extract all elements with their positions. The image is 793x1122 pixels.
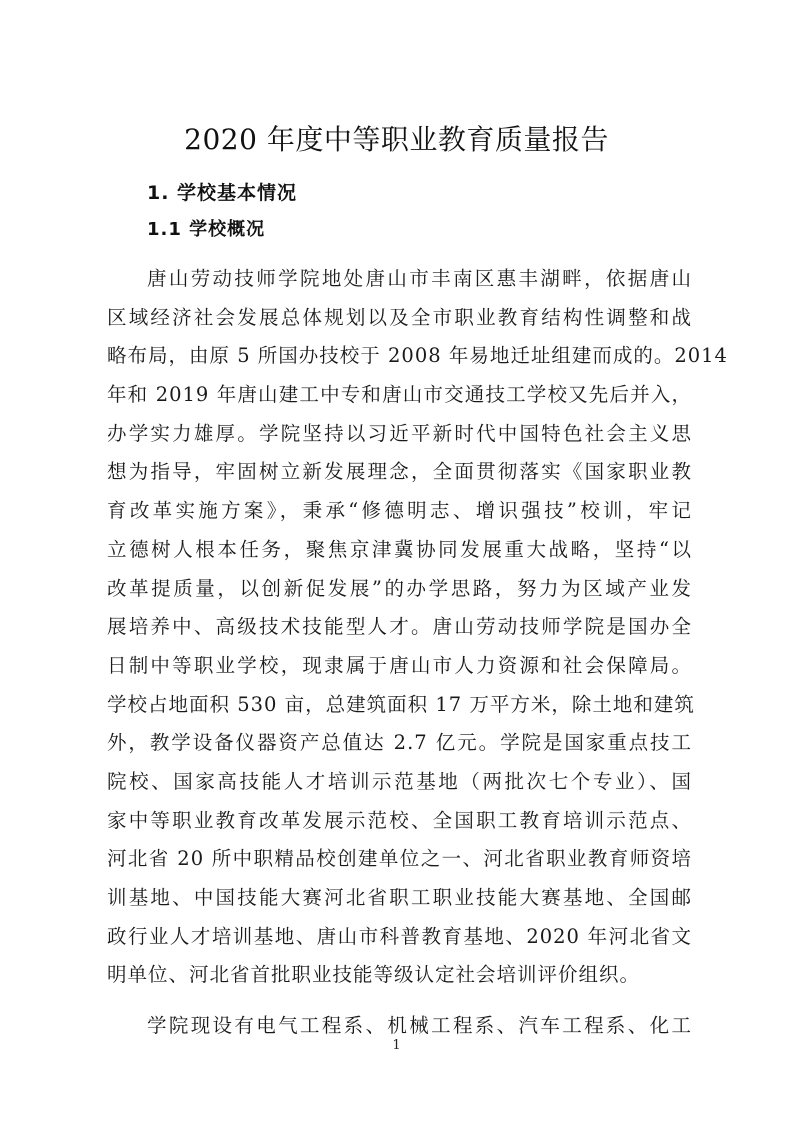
paragraph-line: 学校占地面积 530 亩，总建筑面积 17 万平方米，除土地和建筑 <box>107 686 692 725</box>
document-page: 2020 年度中等职业教育质量报告 1. 学校基本情况 1.1 学校概况 唐山劳… <box>0 0 793 1122</box>
paragraph-line: 外，教学设备仪器资产总值达 2.7 亿元。学院是国家重点技工 <box>107 724 692 763</box>
paragraph-line: 立德树人根本任务，聚焦京津冀协同发展重大战略，坚持“以 <box>107 531 692 570</box>
paragraph-line: 日制中等职业学校，现隶属于唐山市人力资源和社会保障局。 <box>107 647 692 686</box>
page-number: 1 <box>0 1038 793 1053</box>
paragraph-line: 育改革实施方案》，秉承“修德明志、增识强技”校训，牢记 <box>107 492 692 531</box>
paragraph-line: 展培养中、高级技术技能型人才。唐山劳动技师学院是国办全 <box>107 608 692 647</box>
paragraph-line: 改革提质量，以创新促发展”的办学思路，努力为区域产业发 <box>107 570 692 609</box>
paragraph-line: 家中等职业教育改革发展示范校、全国职工教育培训示范点、 <box>107 802 692 841</box>
paragraph-school-overview: 唐山劳动技师学院地处唐山市丰南区惠丰湖畔，依据唐山 区域经济社会发展总体规划以及… <box>107 260 692 995</box>
paragraph-line: 办学实力雄厚。学院坚持以习近平新时代中国特色社会主义思 <box>107 415 692 454</box>
paragraph-line: 院校、国家高技能人才培训示范基地（两批次七个专业）、国 <box>107 763 692 802</box>
document-body: 唐山劳动技师学院地处唐山市丰南区惠丰湖畔，依据唐山 区域经济社会发展总体规划以及… <box>107 260 692 1046</box>
paragraph-line: 想为指导，牢固树立新发展理念，全面贯彻落实《国家职业教 <box>107 453 692 492</box>
paragraph-line: 年和 2019 年唐山建工中专和唐山市交通技工学校又先后并入， <box>107 376 692 415</box>
paragraph-line: 训基地、中国技能大赛河北省职工职业技能大赛基地、全国邮 <box>107 879 692 918</box>
document-title: 2020 年度中等职业教育质量报告 <box>0 120 793 160</box>
paragraph-line: 唐山劳动技师学院地处唐山市丰南区惠丰湖畔，依据唐山 <box>107 260 692 299</box>
paragraph-line: 明单位、河北省首批职业技能等级认定社会培训评价组织。 <box>107 956 692 995</box>
subsection-heading: 1.1 学校概况 <box>147 215 265 245</box>
paragraph-line: 区域经济社会发展总体规划以及全市职业教育结构性调整和战 <box>107 299 692 338</box>
paragraph-line: 略布局，由原 5 所国办技校于 2008 年易地迁址组建而成的。2014 <box>107 337 692 376</box>
paragraph-line: 政行业人才培训基地、唐山市科普教育基地、2020 年河北省文 <box>107 918 692 957</box>
paragraph-gap <box>107 995 692 1007</box>
section-heading: 1. 学校基本情况 <box>147 178 297 208</box>
paragraph-line: 河北省 20 所中职精品校创建单位之一、河北省职业教育师资培 <box>107 840 692 879</box>
